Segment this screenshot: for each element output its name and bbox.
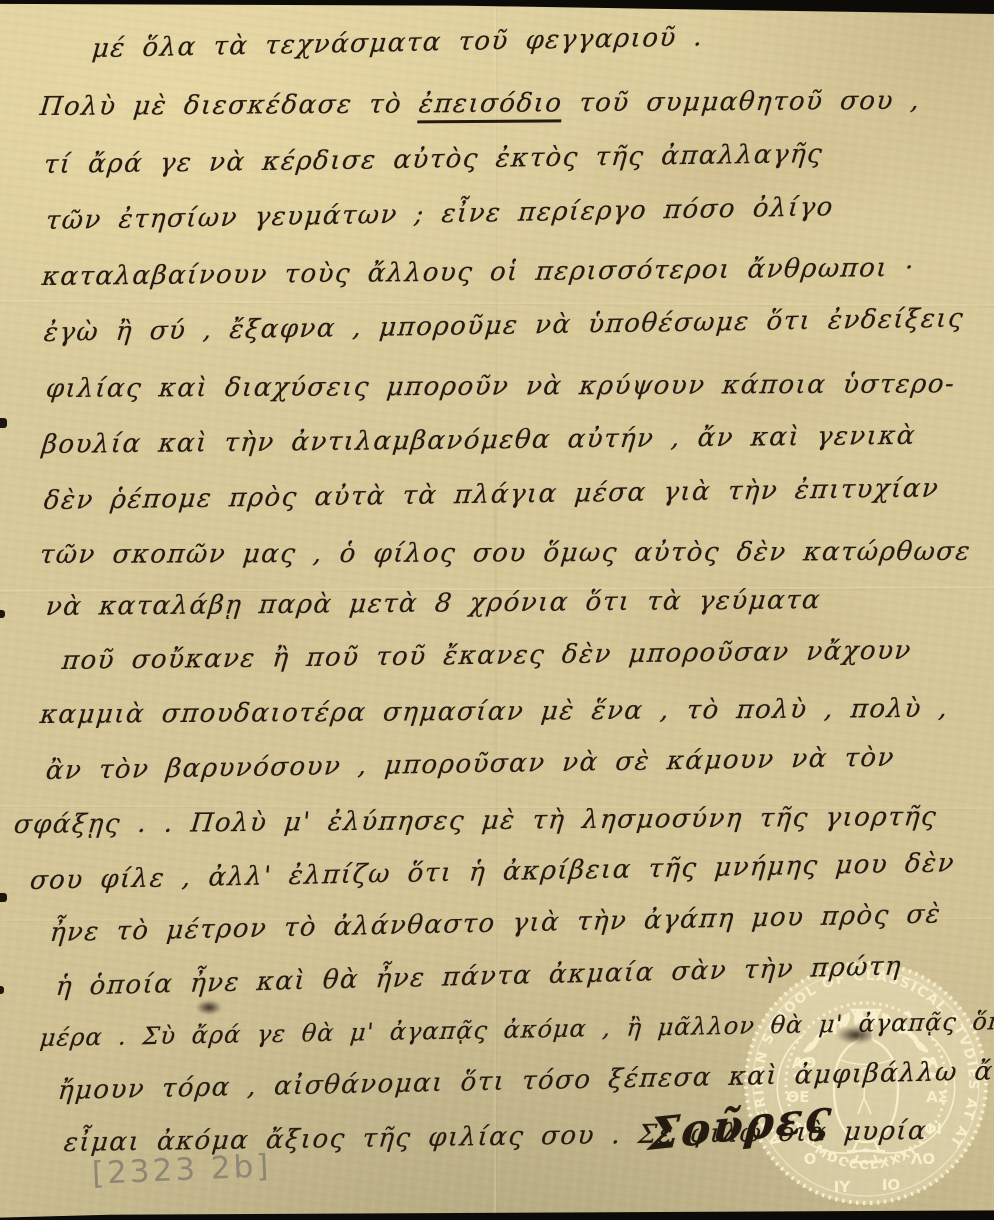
handwriting-line: φιλίας καὶ διαχύσεις μποροῦν νὰ κρύψουν … — [45, 369, 957, 404]
handwriting-line: σου φίλε , ἀλλ' ἐλπίζω ὅτι ἡ ἀκρίβεια τῆ… — [29, 848, 957, 896]
letter-page: AMERICAN SCHOOL OF CLASSICAL STVDIES AT … — [0, 0, 994, 1220]
handwriting-line: νὰ καταλάβῃ παρὰ μετὰ 8 χρόνια ὅτι τὰ γε… — [45, 585, 823, 622]
handwriting-line: ἤμουν τόρα , αἰσθάνομαι ὅτι τόσο ξέπεσα … — [57, 1056, 994, 1106]
handwriting-line: τῶν ἐτησίων γευμάτων ; εἶνε περίεργο πόσ… — [45, 192, 836, 236]
ink-blot — [836, 1026, 876, 1044]
handwriting-line: τῶν σκοπῶν μας , ὁ φίλος σου ὅμως αὐτὸς … — [38, 537, 972, 570]
handwriting-line: μέ ὅλα τὰ τεχνάσματα τοῦ φεγγαριοῦ . — [91, 22, 705, 64]
handwriting-line: ποῦ σοὔκανε ἢ ποῦ τοῦ ἔκανες δὲν μποροῦσ… — [61, 636, 914, 676]
handwriting-line: ἦνε τὸ μέτρον τὸ ἀλάνθαστο γιὰ τὴν ἀγάπη… — [49, 899, 943, 948]
handwriting-line: καμμιὰ σπουδαιοτέρα σημασίαν μὲ ἕνα , τὸ… — [39, 694, 950, 730]
handwriting-line: σφάξῃς . . Πολὺ μ' ἐλύπησες μὲ τὴ λησμοσ… — [13, 802, 939, 840]
handwriting-line: τί ἄρά γε νὰ κέρδισε αὐτὸς ἐκτὸς τῆς ἀπα… — [43, 139, 825, 180]
handwriting-line: ἐγὼ ἢ σύ , ἔξαφνα , μποροῦμε νὰ ὑποθέσωμ… — [43, 304, 966, 349]
handwriting-line: ἡ ὁποία ἦνε καὶ θὰ ἦνε πάντα ἀκμαία σὰν … — [55, 951, 903, 1002]
handwriting-line: Πολὺ μὲ διεσκέδασε τὸ ἐπεισόδιο τοῦ συμμ… — [39, 86, 922, 122]
handwriting-line: δὲν ῥέπομε πρὸς αὐτὰ τὰ πλάγια μέσα γιὰ … — [43, 473, 941, 516]
handwriting-line: ἂν τὸν βαρυνόσουν , μποροῦσαν νὰ σὲ κάμο… — [45, 743, 897, 786]
underlined-word: ἐπεισόδιο — [417, 88, 564, 123]
ink-blot — [196, 1000, 222, 1015]
handwriting-line: καταλαβαίνουν τοὺς ἄλλους οἱ περισσότερο… — [41, 253, 916, 292]
handwriting-line: βουλία καὶ τὴν ἀντιλαμβανόμεθα αὐτήν , ἄ… — [41, 421, 918, 460]
